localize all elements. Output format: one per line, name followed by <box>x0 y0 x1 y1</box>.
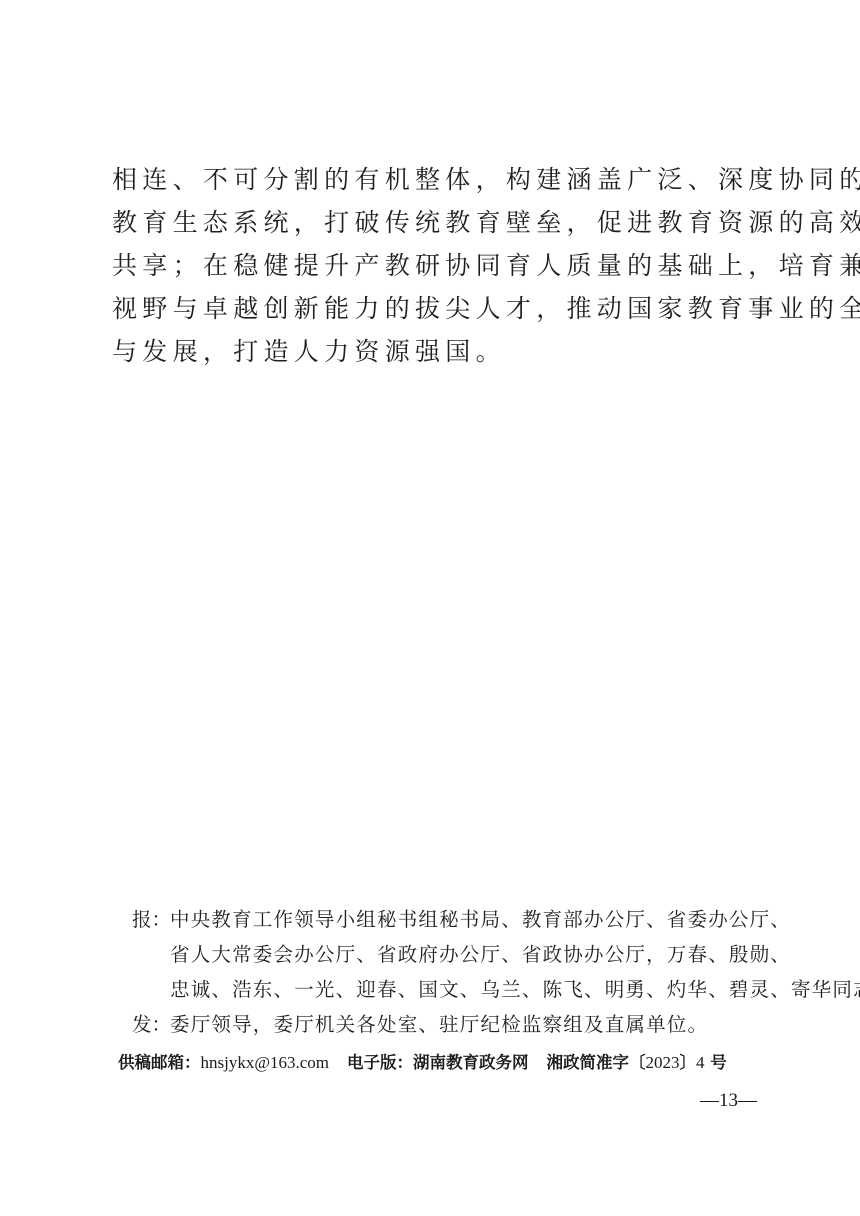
send-to-label: 发： <box>132 1007 170 1042</box>
send-to-row: 发： 委厅领导，委厅机关各处室、驻厅纪检监察组及直属单位。 <box>132 1007 772 1042</box>
approval-prefix: 湘政简准字〔 <box>547 1053 646 1072</box>
submission-label: 供稿邮箱： <box>118 1053 201 1072</box>
submission-email: hnsjykx@163.com <box>201 1053 330 1072</box>
report-to-line: 省人大常委会办公厅、省政府办公厅、省政协办公厅，万春、殷勋、 <box>170 937 791 972</box>
footer-info: 供稿邮箱：hnsjykx@163.com电子版：湖南教育政务网湘政简准字〔202… <box>118 1049 727 1073</box>
approval-year: 2023 <box>646 1053 680 1072</box>
body-line: 共享；在稳健提升产教研协同育人质量的基础上，培育兼具国际 <box>112 244 772 287</box>
report-to-label: 报： <box>132 902 170 937</box>
send-to-text: 委厅领导，委厅机关各处室、驻厅纪检监察组及直属单位。 <box>170 1007 708 1042</box>
body-line: 教育生态系统，打破传统教育壁垒，促进教育资源的高效流动与 <box>112 201 772 244</box>
body-line: 视野与卓越创新能力的拔尖人才，推动国家教育事业的全面繁荣 <box>112 287 772 330</box>
distribution-list: 报： 中央教育工作领导小组秘书组秘书局、教育部办公厅、省委办公厅、 省人大常委会… <box>132 902 772 1042</box>
body-line: 与发展，打造人力资源强国。 <box>112 330 772 373</box>
report-to-row-continued: 忠诚、浩东、一光、迎春、国文、乌兰、陈飞、明勇、灼华、碧灵、寄华同志。 <box>132 972 772 1007</box>
electronic-label: 电子版： <box>347 1053 413 1072</box>
document-page: 相连、不可分割的有机整体，构建涵盖广泛、深度协同的优质大 教育生态系统，打破传统… <box>0 0 860 1216</box>
approval-number: 4 <box>696 1053 705 1072</box>
body-line: 相连、不可分割的有机整体，构建涵盖广泛、深度协同的优质大 <box>112 158 772 201</box>
electronic-site: 湖南教育政务网 <box>413 1053 529 1072</box>
approval-suffix: 号 <box>710 1053 727 1072</box>
report-to-line: 忠诚、浩东、一光、迎春、国文、乌兰、陈飞、明勇、灼华、碧灵、寄华同志。 <box>170 972 860 1007</box>
body-paragraph: 相连、不可分割的有机整体，构建涵盖广泛、深度协同的优质大 教育生态系统，打破传统… <box>112 158 772 373</box>
approval-mid: 〕 <box>680 1053 697 1072</box>
report-to-row: 报： 中央教育工作领导小组秘书组秘书局、教育部办公厅、省委办公厅、 <box>132 902 772 937</box>
report-to-row-continued: 省人大常委会办公厅、省政府办公厅、省政协办公厅，万春、殷勋、 <box>132 937 772 972</box>
page-number: —13— <box>700 1090 757 1112</box>
report-to-line: 中央教育工作领导小组秘书组秘书局、教育部办公厅、省委办公厅、 <box>170 902 791 937</box>
